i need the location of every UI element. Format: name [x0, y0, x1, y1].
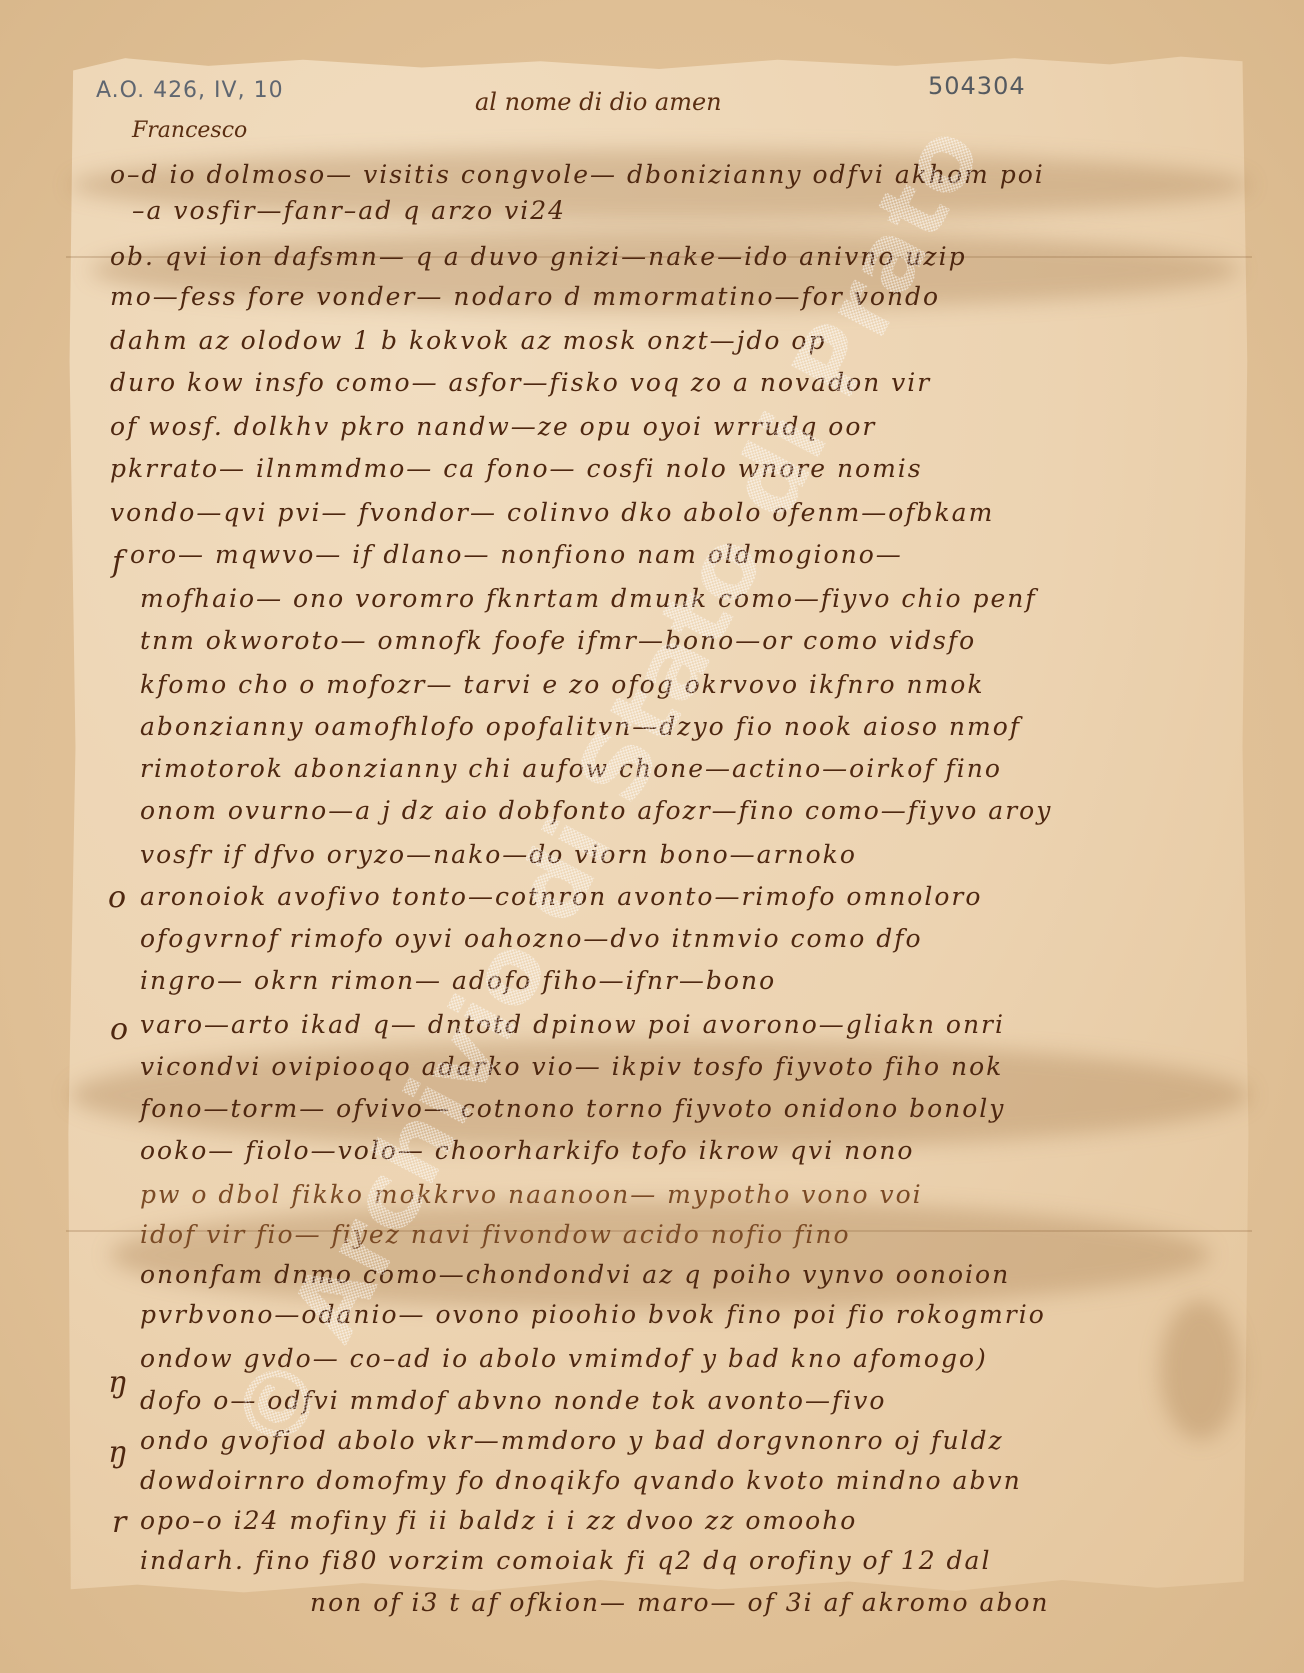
text-line: vondo—qvi pvi— fvondor— colinvo dko abol…	[110, 498, 994, 527]
text-line: mofhaio— ono voromro fknrtam dmunk como—…	[140, 584, 1037, 613]
margin-mark: o	[108, 880, 126, 915]
archive-reference: A.O. 426, IV, 10	[96, 78, 284, 103]
text-line: ononfam dnmo como—chondondvi az q poiho …	[140, 1260, 1010, 1289]
text-line: opo–o i24 mofiny fi ii baldz i i zz dvoo…	[140, 1506, 857, 1535]
text-line: dahm az olodow 1 b kokvok az mosk onzt—j…	[110, 326, 827, 355]
text-line: kfomo cho o mofozr— tarvi e zo ofog okrv…	[140, 670, 984, 699]
text-line: tnm okworoto— omnofk foofe ifmr—bono—or …	[140, 626, 976, 655]
water-stain-lower	[110, 1200, 1210, 1310]
water-stain-right	[1160, 1300, 1240, 1440]
margin-mark: ŋ	[108, 1365, 127, 1400]
text-line: ooko— fiolo—volo— choorharkifo tofo ikro…	[140, 1136, 915, 1165]
margin-mark: o	[110, 1012, 128, 1047]
letter-heading: al nome di dio amen	[475, 88, 722, 116]
margin-mark: ŋ	[108, 1435, 127, 1470]
sender-name: Francesco	[132, 118, 247, 143]
text-line: indarh. fino fi80 vorzim comoiak fi q2 d…	[140, 1546, 991, 1575]
text-line: idof vir fio— fiyez navi fivondow acido …	[140, 1220, 851, 1249]
text-line: vosfr if dfvo oryzo—nako—do viorn bono—a…	[140, 840, 857, 869]
text-line: –a vosfir—fanr–ad q arzo vi24	[132, 196, 566, 225]
text-line: dowdoirnro domofmy fo dnoqikfo qvando kv…	[140, 1466, 1022, 1495]
text-line: non of i3 t af ofkion— maro— of 3i af ak…	[310, 1588, 1050, 1617]
archive-number: 504304	[928, 72, 1026, 100]
text-line: pw o dbol fikko mokkrvo naanoon— mypotho…	[140, 1180, 923, 1209]
text-line: vicondvi ovipiooqo adarko vio— ikpiv tos…	[140, 1052, 1003, 1081]
margin-mark: f	[112, 545, 123, 580]
text-line: varo—arto ikad q— dntotd dpinow poi avor…	[140, 1010, 1005, 1039]
margin-mark: r	[112, 1505, 126, 1540]
text-line: fono—torm— ofvivo— cotnono torno fiyvoto…	[140, 1094, 1005, 1123]
